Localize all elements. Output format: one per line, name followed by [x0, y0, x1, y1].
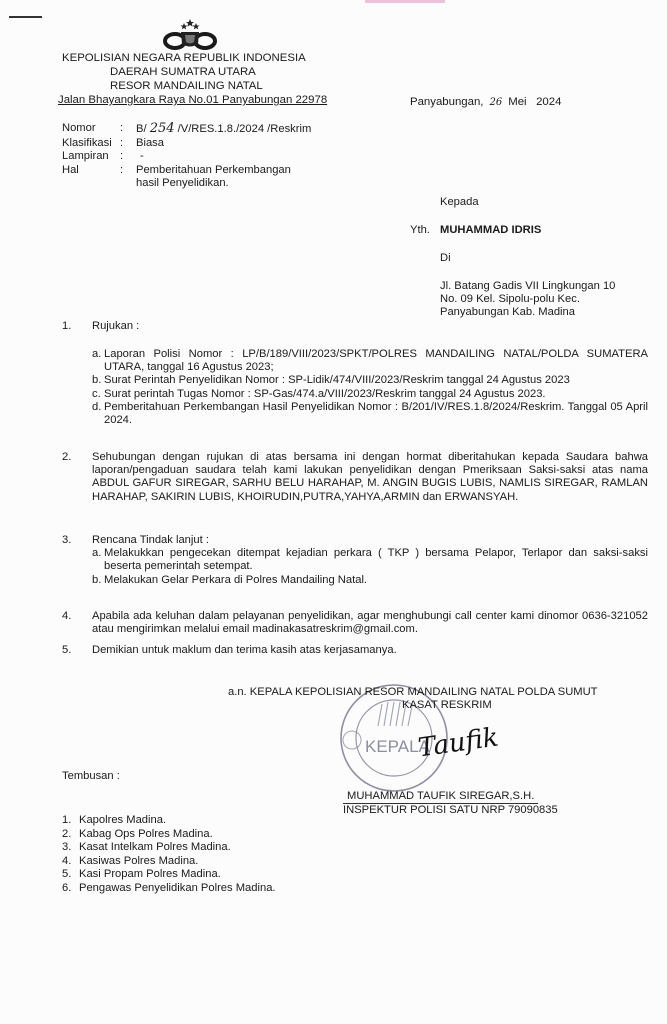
nomor-value: B/ 254 /V/RES.1.8./2024 /Reskrim	[136, 122, 311, 137]
recipient-name: MUHAMMAD IDRIS	[440, 224, 541, 236]
sub-label: b.	[92, 374, 104, 387]
item5-text: Demikian untuk maklum dan terima kasih a…	[92, 644, 397, 657]
tembusan-num: 2.	[62, 828, 79, 842]
sub-text: Surat Perintah Penyelidikan Nomor : SP-L…	[104, 374, 648, 387]
item3-sub-b: b.Melakukan Gelar Perkara di Polres Mand…	[92, 574, 648, 587]
letterhead-line1: KEPOLISIAN NEGARA REPUBLIK INDONESIA	[58, 51, 358, 65]
meta-hal: Hal : Pemberitahuan Perkembanganhasil Pe…	[62, 164, 311, 191]
meta-klasifikasi: Klasifikasi : Biasa	[62, 137, 311, 151]
tembusan-item: 6.Pengawas Penyelidikan Polres Madina.	[62, 882, 276, 896]
tembusan-num: 5.	[62, 868, 79, 882]
nomor-prefix: B/	[136, 123, 147, 135]
sub-text: Surat perintah Tugas Nomor : SP-Gas/474.…	[104, 388, 648, 401]
item1-sub-c: c.Surat perintah Tugas Nomor : SP-Gas/47…	[92, 388, 648, 401]
signature-line2: KASAT RESKRIM	[228, 699, 648, 711]
item3-sublist: a.Melakukkan pengecekan ditempat kejadia…	[92, 547, 648, 588]
item1-sub-d: d.Pemberitahuan Perkembangan Hasil Penye…	[92, 401, 648, 427]
item2-number: 2.	[62, 451, 71, 463]
sub-label: d.	[92, 401, 104, 427]
letterhead-address: Jalan Bhayangkara Raya No.01 Panyabungan…	[58, 93, 358, 107]
item1-sub-b: b.Surat Perintah Penyelidikan Nomor : SP…	[92, 374, 648, 387]
tembusan-title: Tembusan :	[62, 770, 120, 782]
sub-label: c.	[92, 388, 104, 401]
signature-line1: a.n. KEPALA KEPOLISIAN RESOR MANDAILING …	[228, 686, 648, 698]
colon: :	[120, 122, 136, 137]
tembusan-text: Kapolres Madina.	[79, 814, 166, 828]
lampiran-value: -	[136, 150, 144, 164]
klasifikasi-value: Biasa	[136, 137, 164, 151]
klasifikasi-label: Klasifikasi	[62, 137, 120, 151]
nomor-label: Nomor	[62, 122, 120, 137]
item4-number: 4.	[62, 610, 71, 622]
sub-text: Melakukkan pengecekan ditempat kejadian …	[104, 547, 648, 573]
signature-block: a.n. KEPALA KEPOLISIAN RESOR MANDAILING …	[228, 686, 648, 711]
item3-title: Rencana Tindak lanjut :	[92, 534, 209, 547]
hal-line1: Pemberitahuan Perkembangan	[136, 164, 291, 176]
signatory: MUHAMMAD TAUFIK SIREGAR,S.H. INSPEKTUR P…	[343, 790, 558, 817]
colon: :	[120, 164, 136, 191]
recipient-address-line1: Jl. Batang Gadis VII Lingkungan 10	[440, 280, 615, 292]
police-emblem-icon	[163, 18, 217, 50]
colon: :	[120, 137, 136, 151]
tembusan-num: 6.	[62, 882, 79, 896]
signatory-name: MUHAMMAD TAUFIK SIREGAR,S.H.	[343, 790, 538, 804]
item4-text: Apabila ada keluhan dalam pelayanan peny…	[92, 610, 648, 636]
item1-title: Rujukan :	[92, 320, 139, 333]
letterhead: KEPOLISIAN NEGARA REPUBLIK INDONESIA DAE…	[58, 51, 358, 107]
signatory-rank: INSPEKTUR POLISI SATU NRP 79090835	[343, 804, 558, 817]
item5-number: 5.	[62, 644, 71, 656]
sub-label: a.	[92, 348, 104, 374]
item1-sub-a: a.Laporan Polisi Nomor : LP/B/189/VIII/2…	[92, 348, 648, 374]
item3-number: 3.	[62, 534, 71, 546]
tembusan-num: 4.	[62, 855, 79, 869]
sub-label: a.	[92, 547, 104, 573]
letterhead-line2: DAERAH SUMATRA UTARA	[58, 65, 358, 79]
tembusan-text: Pengawas Penyelidikan Polres Madina.	[79, 882, 276, 896]
letterhead-line3: RESOR MANDAILING NATAL	[58, 79, 358, 93]
meta-lampiran: Lampiran : -	[62, 150, 311, 164]
tembusan-text: Kasat Intelkam Polres Madina.	[79, 841, 231, 855]
recipient-address-line3: Panyabungan Kab. Madina	[440, 306, 575, 318]
tembusan-num: 1.	[62, 814, 79, 828]
recipient-kepada: Kepada	[440, 196, 479, 208]
item2-text: Sehubungan dengan rujukan di atas bersam…	[92, 451, 648, 504]
letter-date: Panyabungan,26Mei 2024	[410, 96, 561, 108]
item1-sublist: a.Laporan Polisi Nomor : LP/B/189/VIII/2…	[92, 348, 648, 427]
tembusan-text: Kasi Propam Polres Madina.	[79, 868, 221, 882]
sub-text: Pemberitahuan Perkembangan Hasil Penyeli…	[104, 401, 648, 427]
tembusan-item: 4.Kasiwas Polres Madina.	[62, 855, 276, 869]
sub-text: Melakukan Gelar Perkara di Polres Mandai…	[104, 574, 648, 587]
letter-meta: Nomor : B/ 254 /V/RES.1.8./2024 /Reskrim…	[62, 122, 311, 191]
recipient-di: Di	[440, 252, 451, 264]
tembusan-list: 1.Kapolres Madina. 2.Kabag Ops Polres Ma…	[62, 814, 276, 896]
date-month-year: Mei 2024	[508, 96, 561, 108]
date-place: Panyabungan,	[410, 96, 483, 108]
hal-label: Hal	[62, 164, 120, 191]
pink-mark	[365, 0, 445, 3]
colon: :	[120, 150, 136, 164]
sub-text: Laporan Polisi Nomor : LP/B/189/VIII/202…	[104, 348, 648, 374]
recipient-yth: Yth.	[410, 224, 430, 236]
hal-value: Pemberitahuan Perkembanganhasil Penyelid…	[136, 164, 291, 191]
nomor-handwritten: 254	[150, 121, 175, 136]
date-day-handwritten: 26	[489, 97, 502, 108]
item1-number: 1.	[62, 320, 71, 332]
top-dash-mark	[9, 16, 42, 18]
item3-sub-a: a.Melakukkan pengecekan ditempat kejadia…	[92, 547, 648, 573]
meta-nomor: Nomor : B/ 254 /V/RES.1.8./2024 /Reskrim	[62, 122, 311, 137]
tembusan-item: 2.Kabag Ops Polres Madina.	[62, 828, 276, 842]
hal-line2: hasil Penyelidikan.	[136, 177, 229, 189]
nomor-suffix: /V/RES.1.8./2024 /Reskrim	[178, 123, 312, 135]
tembusan-item: 1.Kapolres Madina.	[62, 814, 276, 828]
tembusan-text: Kasiwas Polres Madina.	[79, 855, 198, 869]
tembusan-num: 3.	[62, 841, 79, 855]
tembusan-item: 3.Kasat Intelkam Polres Madina.	[62, 841, 276, 855]
lampiran-label: Lampiran	[62, 150, 120, 164]
sub-label: b.	[92, 574, 104, 587]
tembusan-item: 5.Kasi Propam Polres Madina.	[62, 868, 276, 882]
tembusan-text: Kabag Ops Polres Madina.	[79, 828, 213, 842]
recipient-address-line2: No. 09 Kel. Sipolu-polu Kec.	[440, 293, 580, 305]
